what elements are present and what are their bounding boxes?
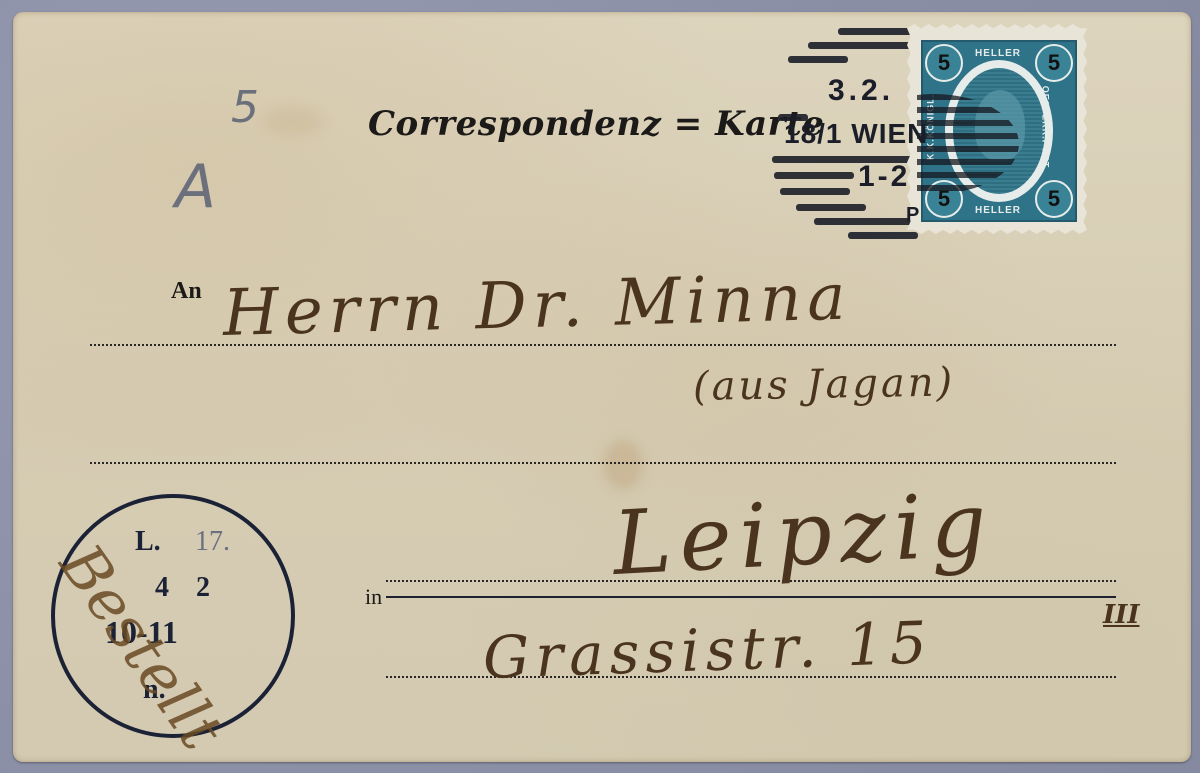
arrival-postmark-number: 17.	[195, 526, 230, 558]
stain	[603, 440, 643, 490]
postmark-date: 3.2.	[828, 74, 894, 108]
postage-stamp: 5 5 5 5 HELLER HELLER OESTERR.POST K.K.K…	[907, 24, 1087, 234]
handwritten-floor: III	[1103, 600, 1140, 630]
stamp-right-text: OESTERR.POST	[1041, 86, 1051, 169]
printed-title: Correspondenz = Karte	[368, 104, 824, 144]
arrival-postmark-date: 4 2	[155, 572, 220, 604]
address-city-underline	[386, 596, 1116, 598]
pencil-mark-top: 5	[231, 82, 259, 133]
stamp-value-br: 5	[1035, 180, 1073, 218]
address-line-2	[90, 462, 1116, 464]
stamp-top-text: HELLER	[975, 48, 1021, 59]
pencil-mark-left: A	[175, 152, 216, 222]
label-to: An	[171, 278, 202, 305]
label-in: in	[365, 584, 382, 610]
handwritten-street: Grassistr. 15	[482, 608, 934, 692]
postmark-suffix: P	[906, 204, 919, 227]
stamp-value-tl: 5	[925, 44, 963, 82]
handwritten-recipient: Herrn Dr. Minna	[222, 261, 852, 351]
stain	[263, 107, 323, 137]
handwritten-city: Leipzig	[610, 472, 997, 595]
arrival-postmark-code: L.	[135, 526, 161, 558]
postmark-office: 18/1 WIEN	[784, 118, 928, 150]
handwritten-recipient-note: (aus Jagan)	[693, 359, 956, 410]
postmark-time: 1-2	[858, 160, 910, 194]
stamp-bottom-text: HELLER	[975, 205, 1021, 216]
stamp-value-tr: 5	[1035, 44, 1073, 82]
